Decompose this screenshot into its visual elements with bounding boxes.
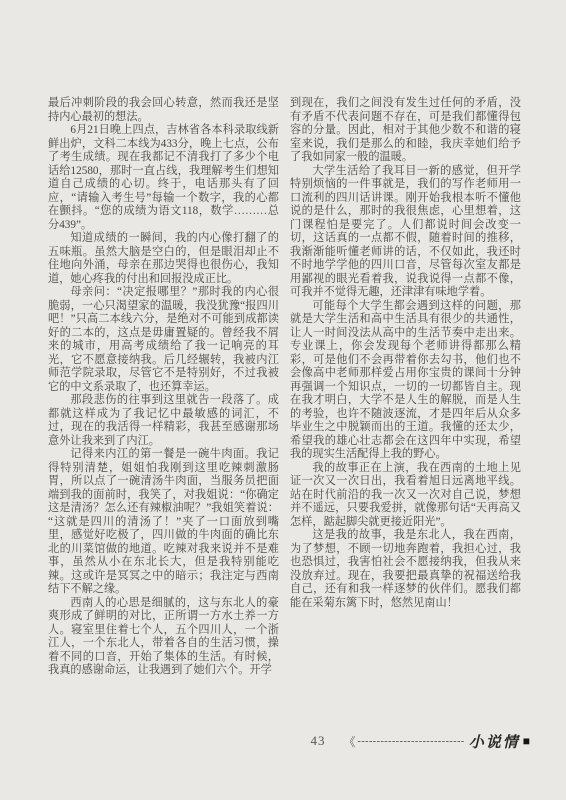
page-footer: 43 《 ---------------------------- 小说情 ■ [48, 731, 530, 751]
editorial-logo: 荷韵编辑部 Heyun Bianjibu [406, 0, 566, 90]
page-number: 43 [310, 733, 325, 749]
paragraph: 知道成绩的一瞬间，我的内心像打翻了的五味瓶。虽然大脑是空白的，但是眼泪却止不住地… [48, 232, 279, 286]
paragraph: 我的故事正在上演，我在西南的土地上见证一次又一次日出，我看着旭日远离地平线。站在… [290, 462, 521, 530]
paragraph: 大学生活给了我耳目一新的感觉，但开学特别烦恼的一件事就是，我们的写作老师用一口流… [290, 165, 521, 300]
article-body: 最后冲刺阶段的我会回心转意，然而我还是坚持内心最初的想法。 6月21日晚上四点，… [48, 97, 521, 678]
magazine-page: 荷韵编辑部 Heyun Bianjibu 最后冲刺阶段的我会回心转意，然而我还是… [0, 0, 566, 800]
paragraph: 记得来内江的第一餐是一碗牛肉面。我记得特别清楚，姐姐怕我刚到这里吃辣刺激肠胃，所… [48, 448, 279, 597]
paragraph: 母亲问：“决定报哪里？”那时我的内心很脆弱，一心只渴望家的温暖，我没犹豫“报四川… [48, 286, 279, 394]
paragraph: 西南人的心思是细腻的，这与东北人的豪爽形成了鲜明的对比，正所谓一方水土养一方人。… [48, 597, 279, 678]
footer-dotted-line: ---------------------------- [357, 736, 464, 747]
article-right-column: 到现在，我们之间没有发生过任何的矛盾，没有矛盾不代表问题不存在，可是我们都懂得包… [290, 97, 521, 678]
paragraph: 可能每个大学生都会遇到这样的问题，那就是大学生活和高中生活具有很少的共通性，让人… [290, 300, 521, 462]
paragraph: 最后冲刺阶段的我会回心转意，然而我还是坚持内心最初的想法。 [48, 97, 279, 124]
footer-guillemet-mark: 《 [343, 733, 355, 750]
paragraph: 那段悲伤的往事到这里就告一段落了。成都就这样成为了我记忆中最敏感的词汇，不过，现… [48, 394, 279, 448]
paragraph: 到现在，我们之间没有发生过任何的矛盾，没有矛盾不代表问题不存在，可是我们都懂得包… [290, 97, 521, 165]
footer-end-square-icon: ■ [523, 735, 530, 747]
article-left-column: 最后冲刺阶段的我会回心转意，然而我还是坚持内心最初的想法。 6月21日晚上四点，… [48, 97, 279, 678]
paragraph: 6月21日晚上四点，吉林省各本科录取线新鲜出炉，文科二本线为433分，晚上七点，… [48, 124, 279, 232]
paragraph: 这是我的故事，我是东北人，我在西南，为了梦想，不顾一切地奔跑着，我担心过，我也恐… [290, 529, 521, 610]
section-label: 小说情 [469, 731, 520, 752]
